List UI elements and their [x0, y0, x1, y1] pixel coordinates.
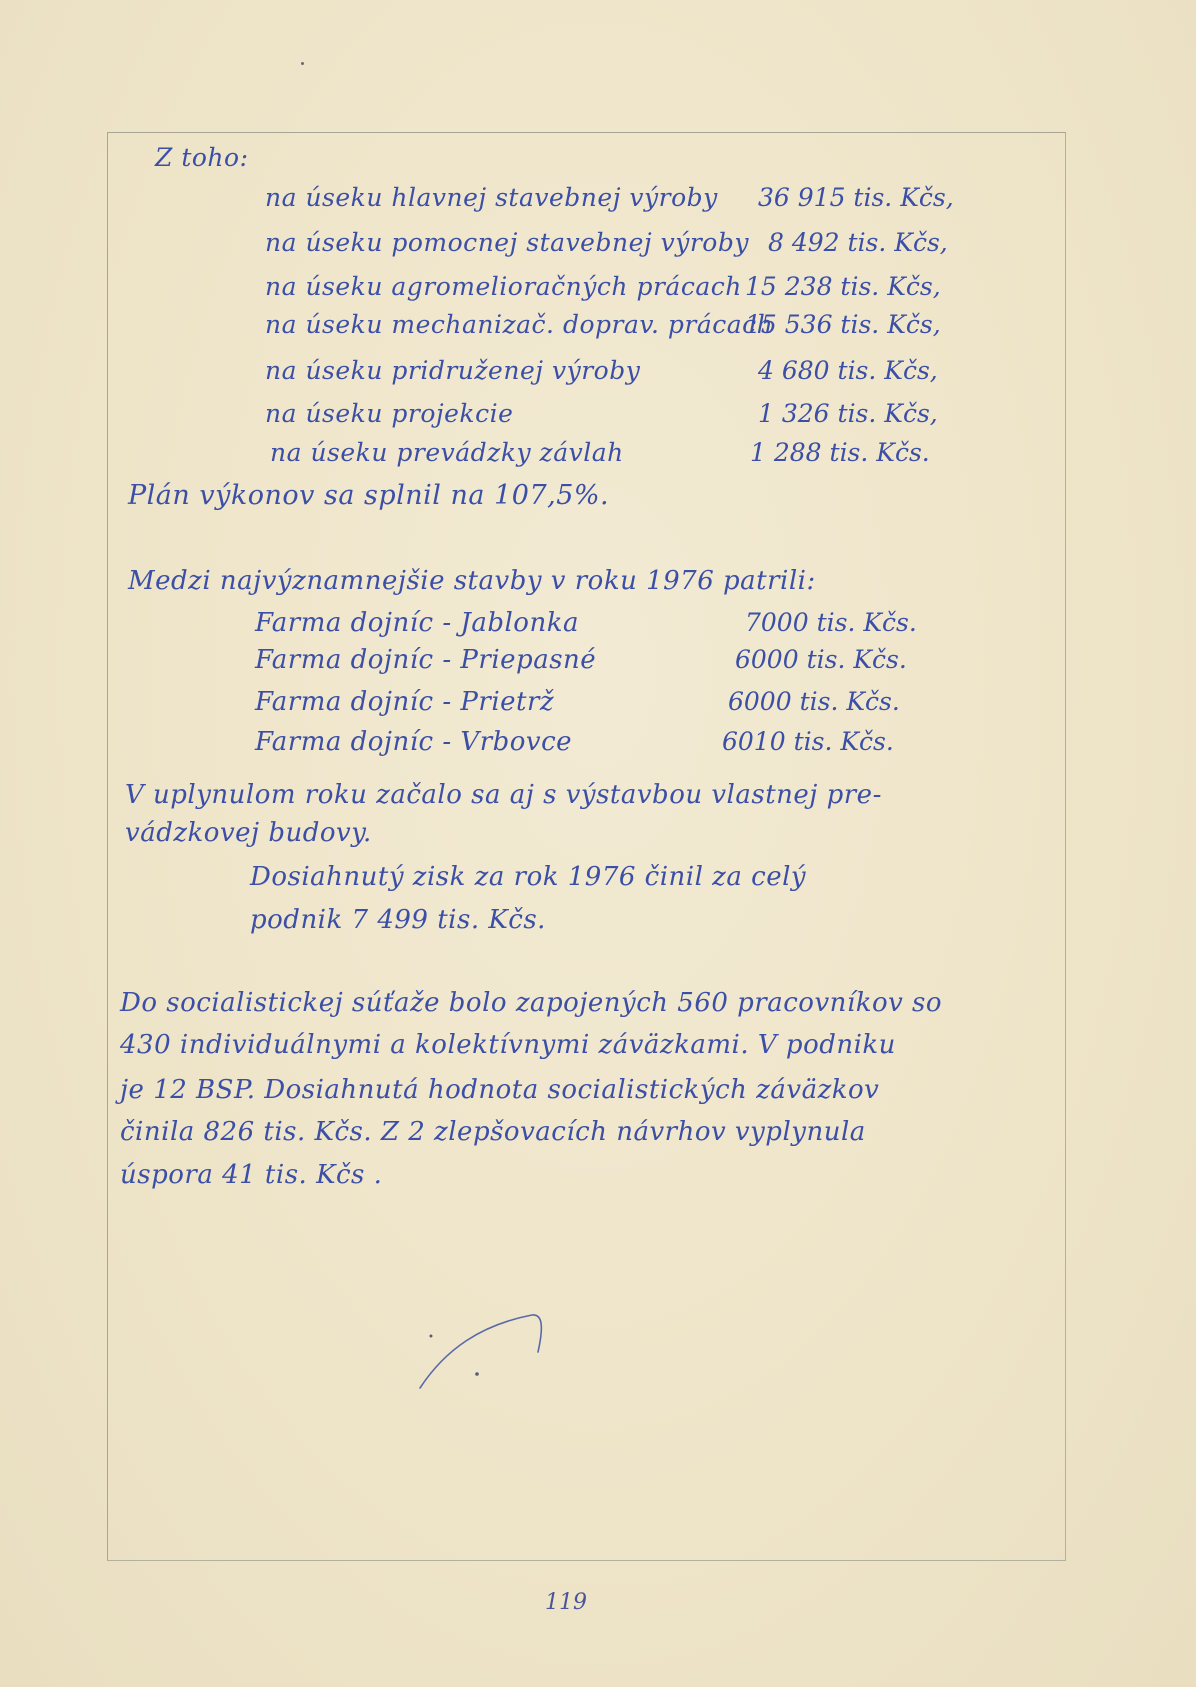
page-number: 119	[545, 1590, 587, 1615]
competition-line: Do socialistickej súťaže bolo zapojených…	[120, 988, 942, 1018]
sector-amount: 15 536 tis. Kčs,	[745, 310, 941, 339]
competition-line: úspora 41 tis. Kčs .	[120, 1160, 382, 1190]
sector-amount: 8 492 tis. Kčs,	[768, 228, 948, 257]
signature-mark	[400, 1280, 560, 1390]
sector-label: na úseku agromelioračných prácach	[265, 272, 742, 301]
competition-line: činila 826 tis. Kčs. Z 2 zlepšovacích ná…	[120, 1117, 866, 1147]
plan-fulfilment: Plán výkonov sa splnil na 107,5%.	[128, 480, 609, 511]
construction-note-line2: vádzkovej budovy.	[125, 818, 372, 848]
competition-line: 430 individuálnymi a kolektívnymi záväzk…	[120, 1030, 896, 1060]
building-amount: 6000 tis. Kčs.	[735, 645, 907, 674]
sector-label: na úseku projekcie	[265, 399, 513, 428]
competition-line: je 12 BSP. Dosiahnutá hodnota socialisti…	[120, 1075, 879, 1105]
sector-amount: 36 915 tis. Kčs,	[758, 183, 954, 212]
sector-amount: 4 680 tis. Kčs,	[758, 356, 938, 385]
building-amount: 6010 tis. Kčs.	[722, 727, 894, 756]
sector-label: na úseku pridruženej výroby	[265, 356, 640, 385]
building-label: Farma dojníc - Priepasné	[255, 645, 596, 675]
profit-line2: podnik 7 499 tis. Kčs.	[250, 905, 546, 935]
building-amount: 7000 tis. Kčs.	[745, 608, 917, 637]
major-buildings-intro: Medzi najvýznamnejšie stavby v roku 1976…	[128, 566, 816, 596]
construction-note-line1: V uplynulom roku začalo sa aj s výstavbo…	[125, 780, 882, 810]
sector-amount: 1 326 tis. Kčs,	[758, 399, 938, 428]
paper-speck	[301, 62, 304, 65]
sector-amount: 1 288 tis. Kčs.	[750, 438, 930, 467]
building-label: Farma dojníc - Prietrž	[255, 687, 554, 717]
sector-label: na úseku pomocnej stavebnej výroby	[265, 228, 749, 257]
building-amount: 6000 tis. Kčs.	[728, 687, 900, 716]
sector-label: na úseku hlavnej stavebnej výroby	[265, 183, 718, 212]
building-label: Farma dojníc - Vrbovce	[255, 727, 572, 757]
intro-label: Z toho:	[155, 143, 249, 172]
sector-amount: 15 238 tis. Kčs,	[745, 272, 941, 301]
building-label: Farma dojníc - Jablonka	[255, 608, 579, 638]
sector-label: na úseku prevádzky závlah	[270, 438, 624, 467]
sector-label: na úseku mechanizač. doprav. prácach	[265, 310, 773, 339]
profit-line1: Dosiahnutý zisk za rok 1976 činil za cel…	[250, 862, 806, 892]
